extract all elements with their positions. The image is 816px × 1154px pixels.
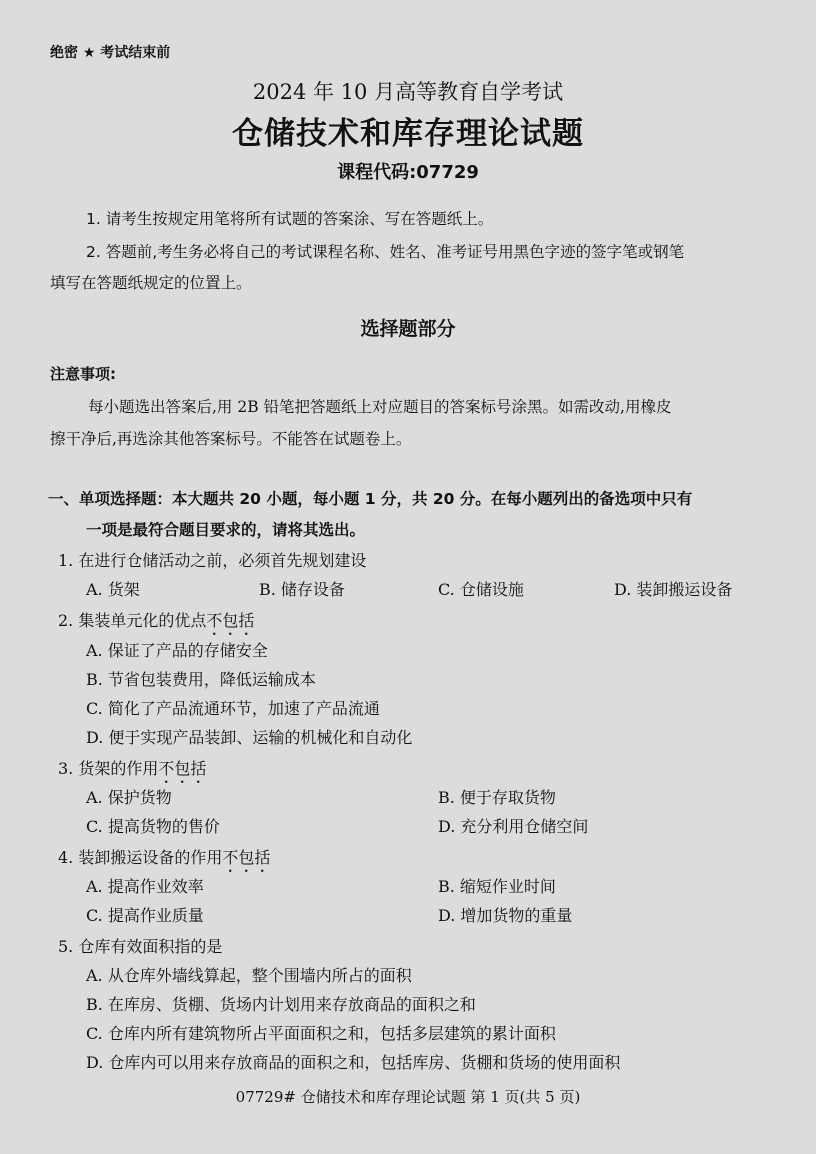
exam-session-line: 2024 年 10 月高等教育自学考试 (0, 76, 816, 106)
q5-option-c: C. 仓库内所有建筑物所占平面面积之和，包括多层建筑的累计面积 (86, 1021, 556, 1044)
q2-option-d: D. 便于实现产品装卸、运输的机械化和自动化 (86, 725, 412, 748)
question-4-stem-text: 4. 装卸搬运设备的作用 (58, 848, 222, 867)
q4-option-c: C. 提高作业质量 (86, 903, 204, 926)
notice-line-2: 擦干净后,再选涂其他答案标号。不能答在试题卷上。 (50, 427, 411, 449)
q1-option-c: C. 仓储设施 (438, 577, 524, 600)
question-5-stem: 5. 仓库有效面积指的是 (58, 934, 222, 957)
q1-option-b: B. 储存设备 (259, 577, 345, 600)
section-title: 选择题部分 (0, 314, 816, 341)
q2-option-c: C. 简化了产品流通环节，加速了产品流通 (86, 696, 380, 719)
question-2-emphasis: 不包括 (206, 611, 254, 630)
question-2-stem-text: 2. 集装单元化的优点 (58, 611, 206, 630)
q4-option-d: D. 增加货物的重量 (438, 903, 572, 926)
q5-option-a: A. 从仓库外墙线算起，整个围墙内所占的面积 (86, 963, 412, 986)
course-code: 课程代码:07729 (0, 158, 816, 184)
exam-title: 仓储技术和库存理论试题 (0, 108, 816, 153)
q3-option-c: C. 提高货物的售价 (86, 814, 220, 837)
q4-option-b: B. 缩短作业时间 (438, 874, 556, 897)
question-4-emphasis: 不包括 (222, 848, 270, 867)
question-3-stem-text: 3. 货架的作用 (58, 759, 158, 778)
q5-option-d: D. 仓库内可以用来存放商品的面积之和，包括库房、货棚和货场的使用面积 (86, 1050, 620, 1073)
part-one-heading: 一、单项选择题：本大题共 20 小题，每小题 1 分，共 20 分。在每小题列出… (48, 487, 692, 509)
part-one-heading-cont: 一项是最符合题目要求的，请将其选出。 (86, 518, 365, 540)
q2-option-b: B. 节省包装费用，降低运输成本 (86, 667, 316, 690)
q3-option-a: A. 保护货物 (86, 785, 172, 808)
notice-line-1: 每小题选出答案后,用 2B 铅笔把答题纸上对应题目的答案标号涂黑。如需改动,用橡… (88, 395, 671, 417)
confidential-label: 绝密 ★ 考试结束前 (50, 42, 170, 62)
question-1-stem: 1. 在进行仓储活动之前，必须首先规划建设 (58, 548, 366, 571)
q1-option-a: A. 货架 (86, 577, 140, 600)
q2-option-a: A. 保证了产品的存储安全 (86, 638, 268, 661)
instruction-2-cont: 填写在答题纸规定的位置上。 (50, 271, 252, 293)
instruction-1: 1. 请考生按规定用笔将所有试题的答案涂、写在答题纸上。 (86, 207, 493, 229)
page-footer: 07729# 仓储技术和库存理论试题 第 1 页(共 5 页) (0, 1086, 816, 1107)
question-2-stem: 2. 集装单元化的优点不包括 (58, 608, 254, 639)
notice-heading: 注意事项: (50, 363, 116, 384)
q4-option-a: A. 提高作业效率 (86, 874, 204, 897)
instruction-2: 2. 答题前,考生务必将自己的考试课程名称、姓名、准考证号用黑色字迹的签字笔或钢… (86, 240, 684, 262)
q5-option-b: B. 在库房、货棚、货场内计划用来存放商品的面积之和 (86, 992, 476, 1015)
q3-option-b: B. 便于存取货物 (438, 785, 556, 808)
question-4-stem: 4. 装卸搬运设备的作用不包括 (58, 845, 270, 876)
question-3-emphasis: 不包括 (158, 759, 206, 778)
question-3-stem: 3. 货架的作用不包括 (58, 756, 206, 787)
q1-option-d: D. 装卸搬运设备 (614, 577, 732, 600)
q3-option-d: D. 充分利用仓储空间 (438, 814, 588, 837)
